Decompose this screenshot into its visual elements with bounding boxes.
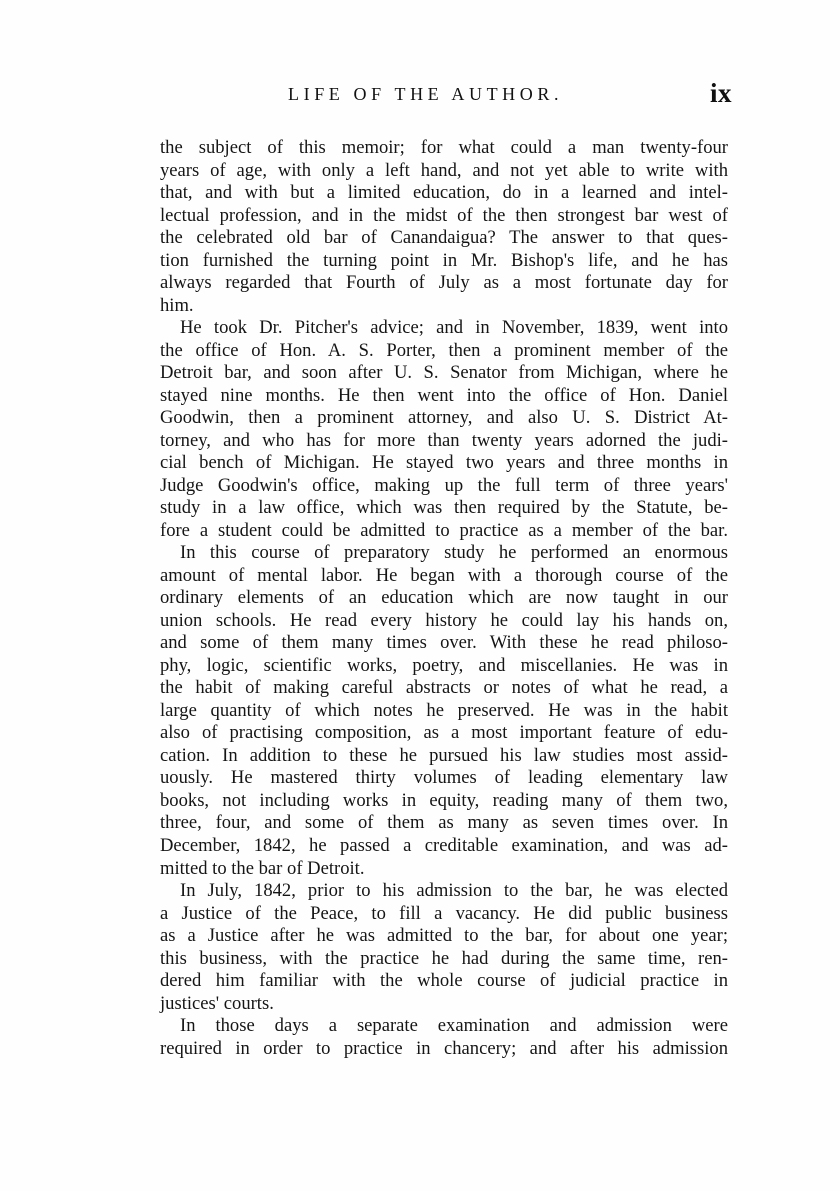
text-line: this business, with the practice he had … <box>160 948 728 971</box>
paragraph: In those days a separate examination and… <box>160 1015 728 1060</box>
text-line: justices' courts. <box>160 993 728 1016</box>
text-line: tion furnished the turning point in Mr. … <box>160 250 728 273</box>
text-line: the celebrated old bar of Canandaigua? T… <box>160 227 728 250</box>
paragraph: the subject of this memoir; for what cou… <box>160 137 728 317</box>
text-line: ordinary elements of an education which … <box>160 587 728 610</box>
text-line: also of practising composition, as a mos… <box>160 722 728 745</box>
text-line: as a Justice after he was admitted to th… <box>160 925 728 948</box>
text-line: uously. He mastered thirty volumes of le… <box>160 767 728 790</box>
text-line: him. <box>160 295 728 318</box>
text-line: Judge Goodwin's office, making up the fu… <box>160 475 728 498</box>
paragraph: In July, 1842, prior to his admission to… <box>160 880 728 1015</box>
book-page: LIFE OF THE AUTHOR. ix the subject of th… <box>0 0 840 1191</box>
text-line: union schools. He read every history he … <box>160 610 728 633</box>
text-line: a Justice of the Peace, to fill a vacanc… <box>160 903 728 926</box>
paragraph: He took Dr. Pitcher's advice; and in Nov… <box>160 317 728 542</box>
running-head: LIFE OF THE AUTHOR. ix <box>160 80 728 110</box>
text-line: cial bench of Michigan. He stayed two ye… <box>160 452 728 475</box>
running-title: LIFE OF THE AUTHOR. <box>288 84 563 105</box>
text-line: torney, and who has for more than twenty… <box>160 430 728 453</box>
text-line: In those days a separate examination and… <box>160 1015 728 1038</box>
text-line: years of age, with only a left hand, and… <box>160 160 728 183</box>
text-line: three, four, and some of them as many as… <box>160 812 728 835</box>
text-line: In July, 1842, prior to his admission to… <box>160 880 728 903</box>
text-line: stayed nine months. He then went into th… <box>160 385 728 408</box>
page-number: ix <box>710 78 732 109</box>
text-line: Goodwin, then a prominent attorney, and … <box>160 407 728 430</box>
text-line: Detroit bar, and soon after U. S. Senato… <box>160 362 728 385</box>
body-text: the subject of this memoir; for what cou… <box>160 137 728 1060</box>
text-line: always regarded that Fourth of July as a… <box>160 272 728 295</box>
text-line: the subject of this memoir; for what cou… <box>160 137 728 160</box>
text-line: phy, logic, scientific works, poetry, an… <box>160 655 728 678</box>
text-line: amount of mental labor. He began with a … <box>160 565 728 588</box>
text-line: dered him familiar with the whole course… <box>160 970 728 993</box>
text-line: He took Dr. Pitcher's advice; and in Nov… <box>160 317 728 340</box>
text-line: that, and with but a limited education, … <box>160 182 728 205</box>
text-line: the office of Hon. A. S. Porter, then a … <box>160 340 728 363</box>
text-line: cation. In addition to these he pursued … <box>160 745 728 768</box>
paragraph: In this course of preparatory study he p… <box>160 542 728 880</box>
text-line: study in a law office, which was then re… <box>160 497 728 520</box>
text-line: large quantity of which notes he preserv… <box>160 700 728 723</box>
text-line: fore a student could be admitted to prac… <box>160 520 728 543</box>
text-line: December, 1842, he passed a creditable e… <box>160 835 728 858</box>
text-line: books, not including works in equity, re… <box>160 790 728 813</box>
text-line: In this course of preparatory study he p… <box>160 542 728 565</box>
text-line: required in order to practice in chancer… <box>160 1038 728 1061</box>
text-line: and some of them many times over. With t… <box>160 632 728 655</box>
text-line: mitted to the bar of Detroit. <box>160 858 728 881</box>
text-line: lectual profession, and in the midst of … <box>160 205 728 228</box>
text-line: the habit of making careful abstracts or… <box>160 677 728 700</box>
